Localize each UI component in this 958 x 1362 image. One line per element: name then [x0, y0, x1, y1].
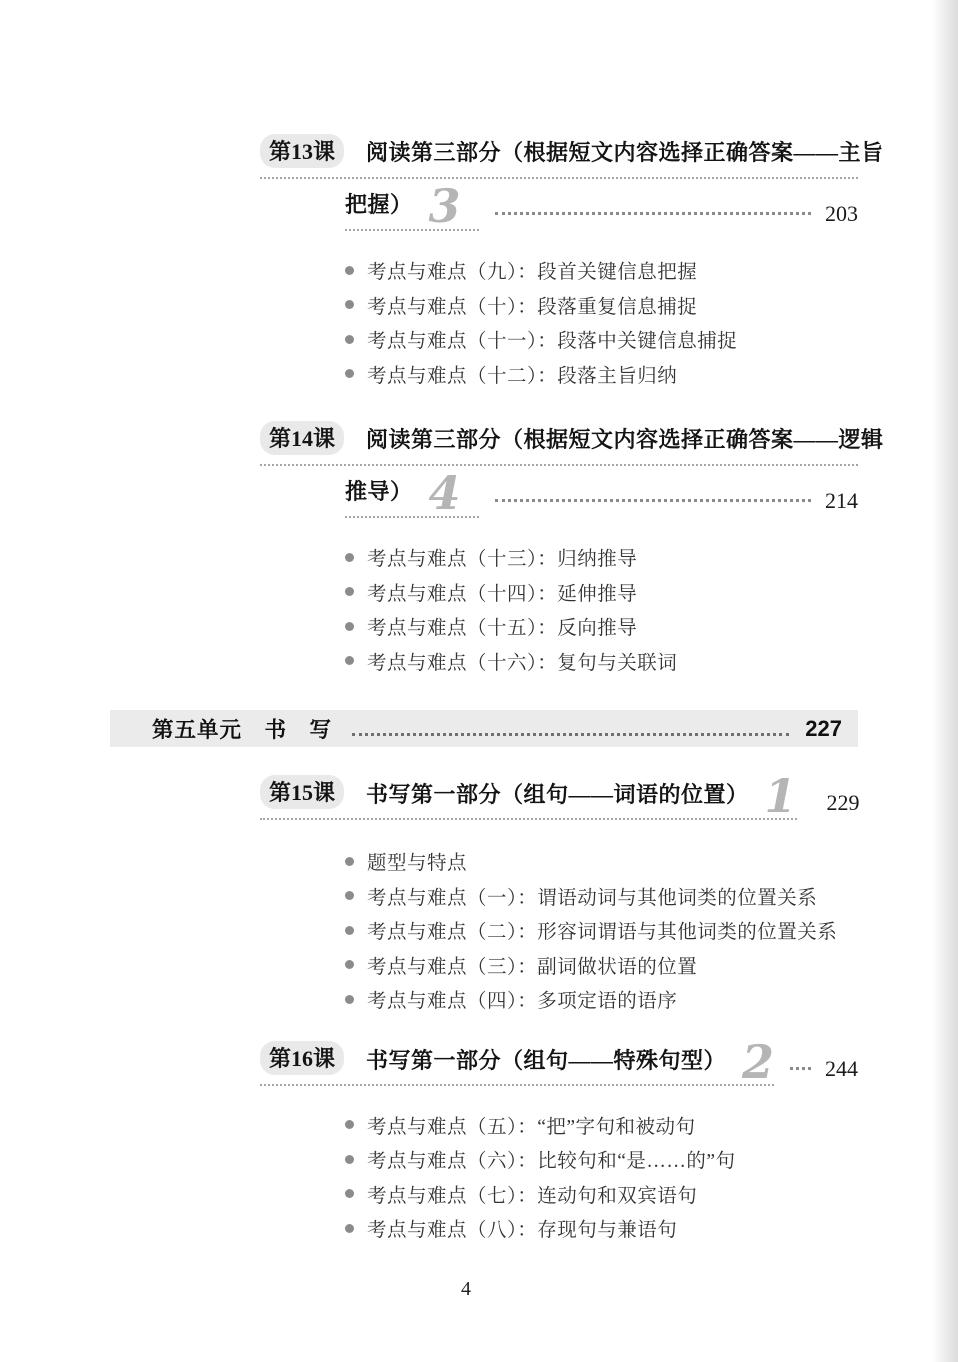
footer-page-number: 4 — [0, 1278, 932, 1301]
lesson-label-pill: 第16课 — [260, 1041, 344, 1075]
dot-leader — [790, 1067, 811, 1070]
subitem-text: 考点与难点（二）：形容词谓语与其他词类的位置关系 — [367, 916, 837, 944]
toc-subitem: 考点与难点（一）：谓语动词与其他词类的位置关系 — [345, 879, 868, 914]
bullet-icon — [345, 891, 354, 900]
toc-subitem: 考点与难点（七）：连动句和双宾语句 — [345, 1177, 868, 1212]
subitem-text: 考点与难点（十四）：延伸推导 — [367, 578, 637, 606]
lesson14-heading-line1: 第14课 阅读第三部分（根据短文内容选择正确答案——逻辑 — [260, 421, 858, 466]
bullet-icon — [345, 553, 354, 562]
subitem-text: 考点与难点（六）：比较句和“是……的”句 — [367, 1145, 736, 1173]
toc-entry-lesson16: 第16课 书写第一部分（组句——特殊句型） 2 244 考点与难点（五）：“把”… — [0, 1041, 958, 1246]
bullet-icon — [345, 622, 354, 631]
lesson-title-line2: 把握） — [345, 188, 413, 219]
lesson-title: 书写第一部分（组句——特殊句型） — [366, 1044, 726, 1075]
lesson14-title-continuation-group: 推导） 4 — [345, 475, 479, 518]
subitem-text: 考点与难点（十三）：归纳推导 — [367, 543, 637, 571]
toc-subitem: 考点与难点（五）：“把”字句和被动句 — [345, 1108, 868, 1143]
lesson14-heading-line2: 推导） 4 214 — [345, 475, 858, 518]
toc-subitem: 考点与难点（二）：形容词谓语与其他词类的位置关系 — [345, 913, 868, 948]
page-ref: 227 — [805, 716, 842, 742]
bullet-icon — [345, 335, 354, 344]
toc-subitem: 考点与难点（九）：段首关键信息把握 — [345, 253, 868, 288]
bullet-icon — [345, 960, 354, 969]
lesson-title-line2: 推导） — [345, 475, 413, 506]
lesson-number-ornament: 3 — [429, 193, 461, 219]
lesson-title: 书写第一部分（组句——词语的位置） — [366, 778, 749, 809]
bullet-icon — [345, 656, 354, 665]
page-ref: 229 — [827, 790, 860, 820]
bullet-icon — [345, 926, 354, 935]
subitem-text: 考点与难点（三）：副词做状语的位置 — [367, 951, 697, 979]
toc-subitem: 考点与难点（十一）：段落中关键信息捕捉 — [345, 322, 868, 357]
lesson16-title-group: 第16课 书写第一部分（组句——特殊句型） 2 — [260, 1041, 774, 1086]
subitem-text: 考点与难点（七）：连动句和双宾语句 — [367, 1180, 697, 1208]
toc-subitem: 考点与难点（十）：段落重复信息捕捉 — [345, 288, 868, 323]
bullet-icon — [345, 266, 354, 275]
lesson-number-ornament: 2 — [742, 1049, 774, 1075]
lesson13-title-continuation-group: 把握） 3 — [345, 188, 479, 231]
bullet-icon — [345, 1120, 354, 1129]
toc-page: 第13课 阅读第三部分（根据短文内容选择正确答案——主旨 把握） 3 203 考… — [0, 0, 958, 1362]
toc-subitem: 考点与难点（四）：多项定语的语序 — [345, 982, 868, 1017]
toc-entry-lesson13: 第13课 阅读第三部分（根据短文内容选择正确答案——主旨 把握） 3 203 考… — [0, 134, 958, 391]
lesson-number-ornament: 1 — [765, 783, 797, 809]
lesson16-subitems: 考点与难点（五）：“把”字句和被动句 考点与难点（六）：比较句和“是……的”句 … — [345, 1108, 868, 1246]
page-ref: 214 — [825, 488, 858, 518]
lesson13-heading-line2: 把握） 3 203 — [345, 188, 858, 231]
lesson-label-pill: 第15课 — [260, 775, 344, 809]
bullet-icon — [345, 1189, 354, 1198]
unit-header-bar: 第五单元 书 写 227 — [110, 710, 858, 747]
lesson15-subitems: 题型与特点 考点与难点（一）：谓语动词与其他词类的位置关系 考点与难点（二）：形… — [345, 844, 868, 1017]
toc-entry-lesson14: 第14课 阅读第三部分（根据短文内容选择正确答案——逻辑 推导） 4 214 考… — [0, 421, 958, 678]
subitem-text: 考点与难点（一）：谓语动词与其他词类的位置关系 — [367, 882, 817, 910]
subitem-text: 考点与难点（十二）：段落主旨归纳 — [367, 360, 677, 388]
bullet-icon — [345, 1224, 354, 1233]
bullet-icon — [345, 995, 354, 1004]
lesson-label-pill: 第14课 — [260, 421, 344, 455]
toc-subitem: 考点与难点（八）：存现句与兼语句 — [345, 1211, 868, 1246]
lesson13-subitems: 考点与难点（九）：段首关键信息把握 考点与难点（十）：段落重复信息捕捉 考点与难… — [345, 253, 868, 391]
unit-title: 第五单元 书 写 — [152, 713, 332, 744]
toc-subitem: 考点与难点（十四）：延伸推导 — [345, 575, 868, 610]
toc-subitem: 考点与难点（十二）：段落主旨归纳 — [345, 357, 868, 392]
toc-entry-lesson15: 第15课 书写第一部分（组句——词语的位置） 1 229 题型与特点 考点与难点… — [0, 775, 958, 1017]
bullet-icon — [345, 369, 354, 378]
page-ref: 244 — [825, 1056, 858, 1086]
lesson-title-line1: 阅读第三部分（根据短文内容选择正确答案——主旨 — [366, 136, 884, 167]
subitem-text: 考点与难点（十一）：段落中关键信息捕捉 — [367, 325, 737, 353]
lesson15-title-group: 第15课 书写第一部分（组句——词语的位置） 1 — [260, 775, 797, 820]
page-ref: 203 — [825, 201, 858, 231]
subitem-text: 考点与难点（十六）：复句与关联词 — [367, 647, 677, 675]
bullet-icon — [345, 587, 354, 596]
subitem-text: 考点与难点（八）：存现句与兼语句 — [367, 1214, 677, 1242]
subitem-text: 考点与难点（五）：“把”字句和被动句 — [367, 1111, 696, 1139]
dot-leader — [495, 499, 811, 502]
bullet-icon — [345, 857, 354, 866]
subitem-text: 考点与难点（十五）：反向推导 — [367, 612, 637, 640]
bullet-icon — [345, 1155, 354, 1164]
toc-subitem: 考点与难点（十三）：归纳推导 — [345, 540, 868, 575]
subitem-text: 考点与难点（九）：段首关键信息把握 — [367, 256, 697, 284]
toc-subitem: 考点与难点（十六）：复句与关联词 — [345, 644, 868, 679]
toc-subitem: 考点与难点（六）：比较句和“是……的”句 — [345, 1142, 868, 1177]
lesson13-heading-line1: 第13课 阅读第三部分（根据短文内容选择正确答案——主旨 — [260, 134, 858, 179]
subitem-text: 题型与特点 — [367, 847, 467, 875]
toc-subitem: 考点与难点（十五）：反向推导 — [345, 609, 868, 644]
subitem-text: 考点与难点（四）：多项定语的语序 — [367, 985, 677, 1013]
toc-subitem: 考点与难点（三）：副词做状语的位置 — [345, 948, 868, 983]
lesson-title-line1: 阅读第三部分（根据短文内容选择正确答案——逻辑 — [366, 423, 884, 454]
lesson16-heading: 第16课 书写第一部分（组句——特殊句型） 2 244 — [260, 1041, 858, 1086]
lesson15-heading: 第15课 书写第一部分（组句——词语的位置） 1 229 — [260, 775, 858, 820]
bullet-icon — [345, 300, 354, 309]
lesson-number-ornament: 4 — [429, 480, 461, 506]
toc-content: 第13课 阅读第三部分（根据短文内容选择正确答案——主旨 把握） 3 203 考… — [0, 0, 958, 1276]
dot-leader — [352, 733, 789, 736]
dot-leader — [495, 212, 811, 215]
lesson-label-pill: 第13课 — [260, 134, 344, 168]
lesson14-subitems: 考点与难点（十三）：归纳推导 考点与难点（十四）：延伸推导 考点与难点（十五）：… — [345, 540, 868, 678]
subitem-text: 考点与难点（十）：段落重复信息捕捉 — [367, 291, 697, 319]
toc-subitem: 题型与特点 — [345, 844, 868, 879]
